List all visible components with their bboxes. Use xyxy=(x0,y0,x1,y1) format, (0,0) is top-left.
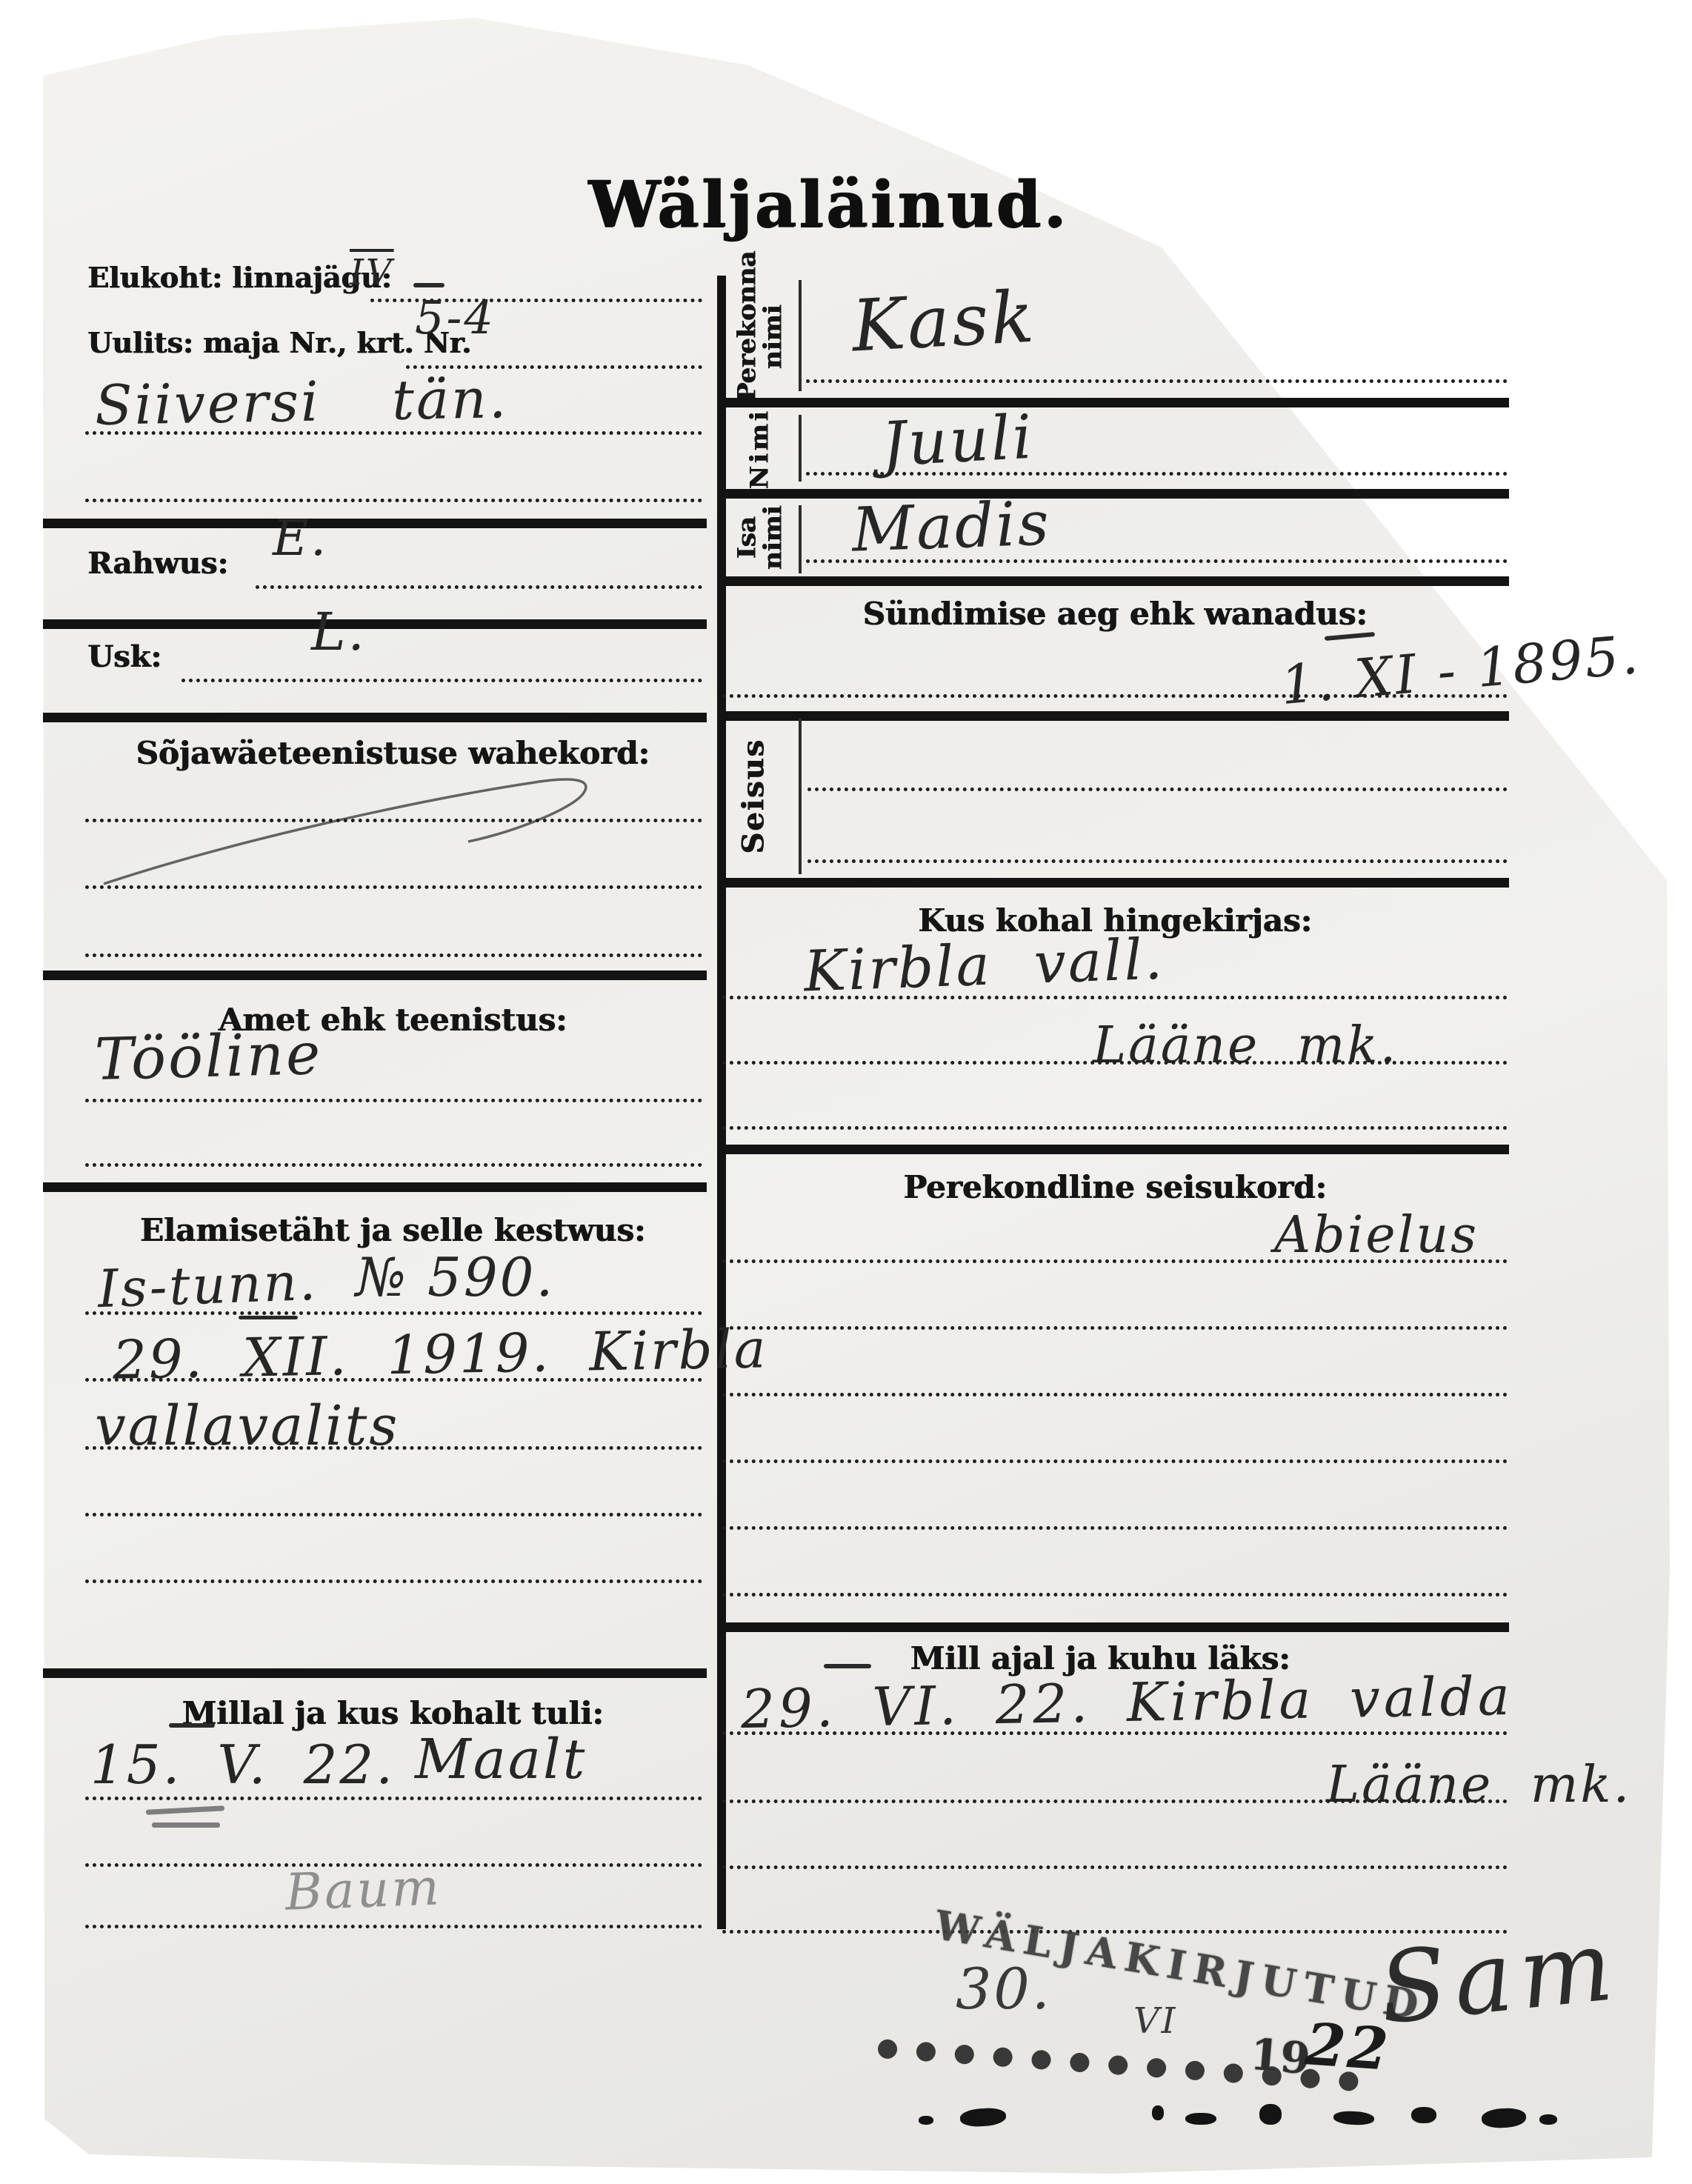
dotted-line xyxy=(85,431,702,435)
family-value: Abielus xyxy=(1274,1206,1479,1265)
dotted-line xyxy=(722,1061,1508,1065)
label-rule xyxy=(799,280,802,391)
pen-macron xyxy=(824,1664,871,1668)
residence-label: Elukoht: linnajägu: xyxy=(87,261,392,294)
column-divider xyxy=(717,276,726,1929)
dotted-line xyxy=(181,679,702,682)
religion-value: L. xyxy=(311,602,367,662)
dotted-line xyxy=(722,1459,1508,1463)
dotted-line xyxy=(85,1099,702,1102)
section-bar xyxy=(722,489,1509,499)
nationality-value: E. xyxy=(273,510,328,567)
residence-value: IV xyxy=(350,252,394,293)
dotted-line xyxy=(85,1513,702,1517)
stamp-year-written: 22 xyxy=(1303,2011,1393,2084)
dotted-line xyxy=(85,499,702,502)
ink-smudge xyxy=(1539,2114,1557,2125)
dotted-line xyxy=(85,1797,702,1800)
dotted-line xyxy=(807,788,1508,791)
dotted-line xyxy=(722,1326,1508,1330)
dotted-line xyxy=(806,472,1508,476)
departure-value-line2: Lääne mk. xyxy=(1326,1756,1631,1814)
section-bar xyxy=(722,576,1509,586)
section-bar xyxy=(43,619,707,629)
surname-label: Perekonna nimi xyxy=(734,273,785,402)
pencil-mark xyxy=(152,1822,220,1828)
section-bar xyxy=(43,713,707,722)
dotted-line xyxy=(85,1579,702,1583)
dotted-line xyxy=(85,1925,702,1928)
section-bar xyxy=(43,1668,707,1678)
dotted-line xyxy=(85,1163,702,1167)
label-rule xyxy=(799,505,802,573)
ink-smudge xyxy=(919,2116,933,2125)
surname-value: Kask xyxy=(850,276,1038,368)
arrival-signature-pencil: Baum xyxy=(284,1858,442,1922)
ink-smudge xyxy=(1411,2107,1436,2123)
dotted-line xyxy=(722,1593,1508,1597)
section-bar xyxy=(722,711,1509,721)
pen-macron xyxy=(239,1316,298,1319)
arrival-place-value: Maalt xyxy=(415,1728,587,1791)
form-title: Wäljaläinud. xyxy=(588,167,1069,242)
section-bar xyxy=(722,1622,1509,1632)
name-value: Juuli xyxy=(880,402,1036,481)
dotted-line xyxy=(85,819,702,822)
dotted-line xyxy=(722,1259,1508,1263)
military-header: Sõjawäeteenistuse wahekord: xyxy=(136,735,650,771)
birth-header: Sündimise aeg ehk wanadus: xyxy=(862,596,1367,632)
street-no-label: Uulits: maja Nr., krt. Nr. xyxy=(87,326,471,359)
occupation-value: Tööline xyxy=(94,1021,323,1093)
dotted-line xyxy=(722,1731,1508,1735)
street-no-value: 5-4 xyxy=(415,290,496,344)
dotted-line xyxy=(722,1393,1508,1396)
status-label: Seisus xyxy=(739,711,770,882)
dotted-line xyxy=(722,1865,1508,1869)
dotted-line xyxy=(722,1800,1508,1803)
label-rule xyxy=(799,415,802,482)
section-bar xyxy=(722,878,1509,888)
dotted-line xyxy=(85,1378,702,1382)
ink-smudge xyxy=(1152,2105,1164,2120)
ink-smudge xyxy=(1259,2104,1282,2125)
dotted-line xyxy=(806,559,1508,563)
dotted-line xyxy=(807,859,1508,863)
label-rule xyxy=(799,719,802,874)
dotted-line xyxy=(85,1311,702,1315)
arrival-date-value: 15. V. 22. xyxy=(90,1734,395,1796)
ink-smudge xyxy=(1185,2113,1216,2125)
dotted-line xyxy=(722,1526,1508,1530)
permit-doc-value: Is-tunn. xyxy=(97,1251,319,1319)
permit-no-value: № 590. xyxy=(356,1246,555,1308)
section-bar xyxy=(43,971,707,980)
street-name-value: Siiversi tän. xyxy=(94,367,509,438)
dotted-line xyxy=(85,953,702,957)
permit-header: Elamisetäht ja selle kestwus: xyxy=(140,1212,645,1248)
dotted-line xyxy=(722,1126,1508,1130)
registry-county-value: Lääne mk. xyxy=(1093,1016,1398,1075)
section-bar xyxy=(43,519,707,528)
section-bar xyxy=(722,398,1509,407)
stamp-month-value: VI xyxy=(1133,2000,1178,2042)
section-bar xyxy=(722,1145,1509,1154)
registry-place-value: Kirbla vall. xyxy=(803,926,1166,1005)
father-label: Isa nimi xyxy=(734,498,785,578)
dotted-line xyxy=(256,585,702,589)
dotted-line xyxy=(722,694,1508,698)
nationality-label: Rahwus: xyxy=(87,546,228,581)
arrival-header: Millal ja kus kohalt tuli: xyxy=(181,1695,603,1731)
family-header: Perekondline seisukord: xyxy=(903,1169,1326,1205)
dotted-line xyxy=(722,996,1508,999)
name-label: Nimi xyxy=(747,393,773,505)
stamp-day-value: 30. xyxy=(956,1956,1052,2022)
pen-macron xyxy=(169,1723,215,1728)
pen-scribble xyxy=(98,769,616,895)
dotted-line xyxy=(85,885,702,889)
scanned-form: Wäljaläinud. Elukoht: linnajägu: IV Uuli… xyxy=(0,0,1692,2184)
section-bar xyxy=(43,1182,707,1192)
dotted-line xyxy=(806,379,1508,383)
father-value: Madis xyxy=(850,488,1052,565)
pen-macron xyxy=(413,283,444,287)
dotted-line xyxy=(85,1446,702,1450)
religion-label: Usk: xyxy=(87,639,161,674)
